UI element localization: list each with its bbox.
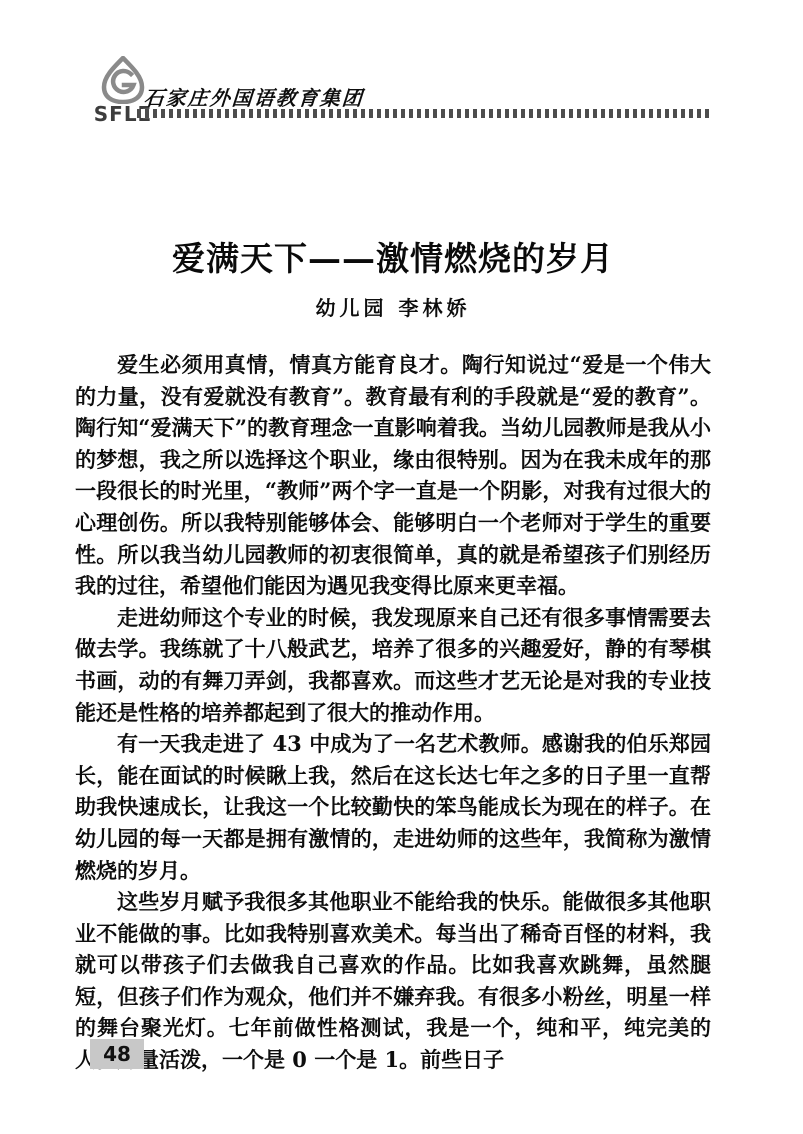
article-body: 爱生必须用真情，情真方能育良才。陶行知说过“爱是一个伟大的力量，没有爱就没有教育… xyxy=(75,349,711,1076)
article-byline: 幼儿园 李林娇 xyxy=(75,292,711,321)
organization-name: 石家庄外国语教育集团 xyxy=(143,82,365,111)
paragraph: 这些岁月赋予我很多其他职业不能给我的快乐。能做很多其他职业不能做的事。比如我特别… xyxy=(75,886,711,1076)
header-dashed-rule xyxy=(137,109,710,118)
paragraph: 有一天我走进了 43 中成为了一名艺术教师。感谢我的伯乐郑园长，能在面试的时候瞅… xyxy=(75,728,711,886)
sfle-swirl-logo-icon xyxy=(100,56,146,104)
paragraph: 爱生必须用真情，情真方能育良才。陶行知说过“爱是一个伟大的力量，没有爱就没有教育… xyxy=(75,349,711,602)
page-header: SFLE 石家庄外国语教育集团 xyxy=(0,0,803,140)
article-title: 爱满天下——激情燃烧的岁月 xyxy=(75,233,711,280)
document-page: SFLE 石家庄外国语教育集团 爱满天下——激情燃烧的岁月 幼儿园 李林娇 爱生… xyxy=(0,0,803,1134)
page-number-badge: 48 xyxy=(90,1039,144,1069)
paragraph: 走进幼师这个专业的时候，我发现原来自己还有很多事情需要去做去学。我练就了十八般武… xyxy=(75,602,711,728)
